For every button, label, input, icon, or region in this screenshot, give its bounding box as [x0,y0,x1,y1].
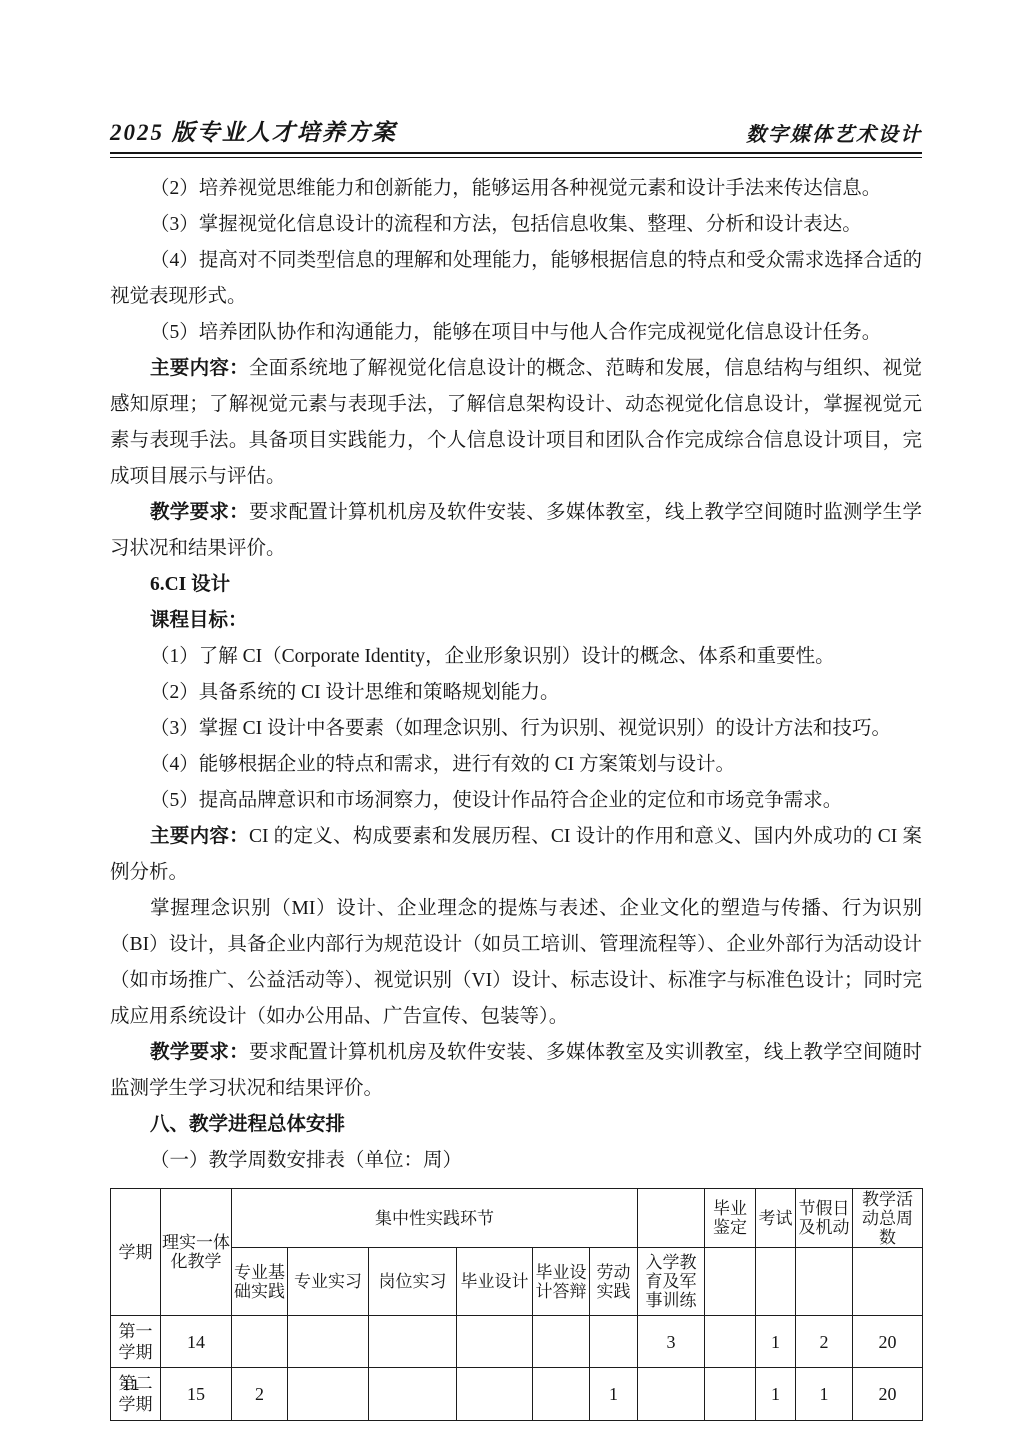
table-header-cell [853,1248,923,1316]
table-row: 第二学期15211120 [111,1368,923,1421]
table-header-cell: 专业基础实践 [232,1248,288,1316]
paragraph: （3）掌握 CI 设计中各要素（如理念识别、行为识别、视觉识别）的设计方法和技巧… [110,711,922,747]
table-data-cell [705,1316,756,1368]
table-header-cell: 毕业设计 [457,1248,533,1316]
section-heading: 八、教学进程总体安排 [110,1107,922,1143]
document-page: 2025 版专业人才培养方案 数字媒体艺术设计 （2）培养视觉思维能力和创新能力… [0,0,1024,1448]
table-header-cell: 劳动实践 [590,1248,638,1316]
table-header-cell: 理实一体化教学 [161,1189,232,1316]
table-header-cell [796,1248,853,1316]
paragraph: （2）培养视觉思维能力和创新能力，能够运用各种视觉元素和设计手法来传达信息。 [110,171,922,207]
paragraph: 教学要求：要求配置计算机机房及软件安装、多媒体教室及实训教室，线上教学空间随时监… [110,1035,922,1107]
table-data-cell: 15 [161,1368,232,1421]
table-data-cell [533,1316,590,1368]
paragraph: （5）提高品牌意识和市场洞察力，使设计作品符合企业的定位和市场竞争需求。 [110,783,922,819]
table-data-cell [288,1316,369,1368]
paragraph: 掌握理念识别（MI）设计、企业理念的提炼与表述、企业文化的塑造与传播、行为识别（… [110,891,922,1035]
table-header-cell: 教学活动总周数 [853,1189,923,1248]
table-header-cell: 毕业设计答辩 [533,1248,590,1316]
page-content: 2025 版专业人才培养方案 数字媒体艺术设计 （2）培养视觉思维能力和创新能力… [110,0,922,1421]
paragraph: （一）教学周数安排表（单位：周） [110,1143,922,1179]
table-header-row-2: 专业基础实践专业实习岗位实习毕业设计毕业设计答辩劳动实践入学教育及军事训练 [111,1248,923,1316]
table-data-cell: 1 [796,1368,853,1421]
table-header-cell: 学期 [111,1189,161,1316]
table-data-cell [533,1368,590,1421]
table-data-cell [369,1368,457,1421]
table-header-cell: 节假日及机动 [796,1189,853,1248]
paragraph-lead-label: 主要内容： [150,826,249,847]
table-data-cell [369,1316,457,1368]
table-header-cell: 专业实习 [288,1248,369,1316]
table-data-cell [457,1368,533,1421]
table-data-cell [232,1316,288,1368]
table-header-cell: 入学教育及军事训练 [638,1248,705,1316]
paragraph-lead-label: 主要内容： [150,358,249,379]
semester-cell: 第一学期 [111,1316,161,1368]
paragraph: （3）掌握视觉化信息设计的流程和方法，包括信息收集、整理、分析和设计表达。 [110,207,922,243]
page-header: 2025 版专业人才培养方案 数字媒体艺术设计 [110,0,922,147]
table-data-cell: 20 [853,1316,923,1368]
table-header-cell: 考试 [756,1189,796,1248]
paragraph: 主要内容：CI 的定义、构成要素和发展历程、CI 设计的作用和意义、国内外成功的… [110,819,922,891]
header-left-title: 2025 版专业人才培养方案 [110,114,397,147]
document-body: （2）培养视觉思维能力和创新能力，能够运用各种视觉元素和设计手法来传达信息。（3… [110,171,922,1179]
table-header-cell [705,1248,756,1316]
semester-cell: 第二学期 [111,1368,161,1421]
paragraph: （2）具备系统的 CI 设计思维和策略规划能力。 [110,675,922,711]
section-heading: 课程目标： [110,603,922,639]
table-data-cell [288,1368,369,1421]
table-row: 第一学期1431220 [111,1316,923,1368]
section-heading: 6.CI 设计 [110,567,922,603]
table-header-cell: 岗位实习 [369,1248,457,1316]
table-header-cell: 毕业鉴定 [705,1189,756,1248]
paragraph-lead-label: 教学要求： [150,1042,249,1063]
paragraph: （1）了解 CI（Corporate Identity，企业形象识别）设计的概念… [110,639,922,675]
paragraph: 教学要求：要求配置计算机机房及软件安装、多媒体教室，线上教学空间随时监测学生学习… [110,495,922,567]
page-number: 11 [122,1378,140,1394]
paragraph: （5）培养团队协作和沟通能力，能够在项目中与他人合作完成视觉化信息设计任务。 [110,315,922,351]
table-data-cell: 14 [161,1316,232,1368]
table-data-cell: 2 [796,1316,853,1368]
table-data-cell: 20 [853,1368,923,1421]
table-data-cell: 3 [638,1316,705,1368]
table-data-cell: 1 [756,1368,796,1421]
table-data-cell: 1 [756,1316,796,1368]
paragraph: （4）能够根据企业的特点和需求，进行有效的 CI 方案策划与设计。 [110,747,922,783]
table-data-cell [590,1316,638,1368]
table-header-cell [638,1189,705,1248]
table-data-cell: 1 [590,1368,638,1421]
header-divider-rule [110,152,922,158]
teaching-weeks-table: 学期理实一体化教学集中性实践环节毕业鉴定考试节假日及机动教学活动总周数专业基础实… [110,1188,923,1421]
paragraph-lead-label: 教学要求： [150,502,249,523]
table-header-cell [756,1248,796,1316]
table-data-cell [705,1368,756,1421]
paragraph: （4）提高对不同类型信息的理解和处理能力，能够根据信息的特点和受众需求选择合适的… [110,243,922,315]
header-right-title: 数字媒体艺术设计 [746,118,922,147]
paragraph: 主要内容：全面系统地了解视觉化信息设计的概念、范畴和发展，信息结构与组织、视觉感… [110,351,922,495]
table-data-cell [638,1368,705,1421]
table-data-cell: 2 [232,1368,288,1421]
table-header-row-1: 学期理实一体化教学集中性实践环节毕业鉴定考试节假日及机动教学活动总周数 [111,1189,923,1248]
table-header-cell: 集中性实践环节 [232,1189,638,1248]
table-data-cell [457,1316,533,1368]
